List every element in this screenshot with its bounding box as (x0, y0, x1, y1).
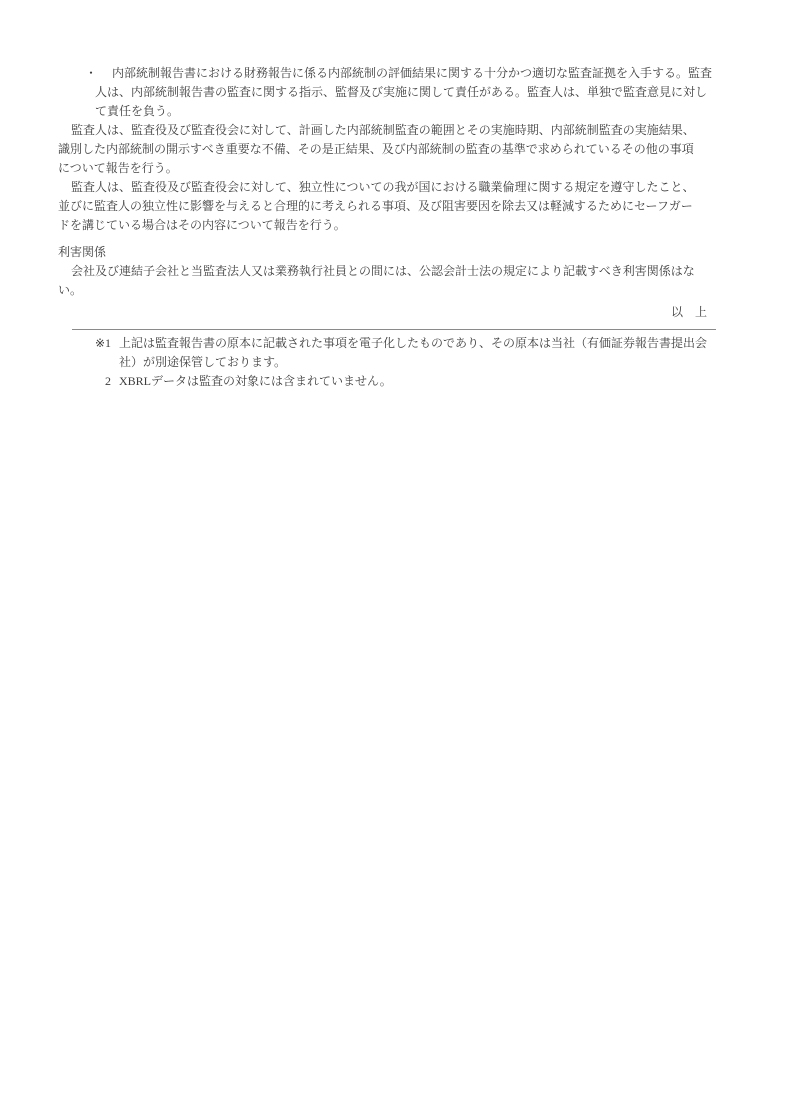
footnote-line: 社）が別途保管しております。 (119, 353, 707, 372)
paragraph-line: 並びに監査人の独立性に影響を与えると合理的に考えられる事項、及び阻害要因を除去又… (58, 197, 716, 216)
closing-ijou-text: 以 上 (58, 303, 716, 322)
footnote-line: XBRLデータは監査の対象には含まれていません。 (119, 372, 392, 391)
paragraph-reporting-to-auditors: 監査人は、監査役及び監査役会に対して、計画した内部統制監査の範囲とその実施時期、… (58, 121, 716, 178)
footnote-original-document: ※1 上記は監査報告書の原本に記載された事項を電子化したものであり、その原本は当… (87, 334, 716, 372)
paragraph-line: 監査人は、監査役及び監査役会に対して、独立性についての我が国における職業倫理に関… (58, 178, 716, 197)
bullet-item-line-3: て責任を負う。 (95, 102, 716, 121)
paragraph-line: 監査人は、監査役及び監査役会に対して、計画した内部統制監査の範囲とその実施時期、… (58, 121, 716, 140)
paragraph-line: 識別した内部統制の開示すべき重要な不備、その是正結果、及び内部統制の監査の基準で… (58, 140, 716, 159)
bullet-icon: ・ (85, 64, 97, 83)
paragraph-line: について報告を行う。 (58, 159, 716, 178)
paragraph-line: 会社及び連結子会社と当監査法人又は業務執行社員との間には、公認会計士法の規定によ… (58, 262, 716, 281)
footnote-line: 上記は監査報告書の原本に記載された事項を電子化したものであり、その原本は当社（有… (119, 334, 707, 353)
bullet-list-item-audit-evidence: ・ 内部統制報告書における財務報告に係る内部統制の評価結果に関する十分かつ適切な… (95, 64, 716, 121)
document-body: ・ 内部統制報告書における財務報告に係る内部統制の評価結果に関する十分かつ適切な… (0, 0, 716, 391)
footnote-marker: ※1 (87, 334, 111, 372)
footnote-divider (72, 329, 716, 330)
section-heading-interest-relations: 利害関係 (58, 243, 716, 262)
footnote-text: XBRLデータは監査の対象には含まれていません。 (119, 372, 392, 391)
bullet-item-line-1: 内部統制報告書における財務報告に係る内部統制の評価結果に関する十分かつ適切な監査… (95, 64, 716, 83)
paragraph-line: ドを講じている場合はその内容について報告を行う。 (58, 216, 716, 235)
paragraph-line: い。 (58, 281, 716, 300)
audit-report-document-page: ・ 内部統制報告書における財務報告に係る内部統制の評価結果に関する十分かつ適切な… (0, 0, 790, 1118)
footnote-marker: 2 (87, 372, 111, 391)
footnote-xbrl: 2 XBRLデータは監査の対象には含まれていません。 (87, 372, 716, 391)
paragraph-independence-statement: 監査人は、監査役及び監査役会に対して、独立性についての我が国における職業倫理に関… (58, 178, 716, 235)
footnote-text: 上記は監査報告書の原本に記載された事項を電子化したものであり、その原本は当社（有… (119, 334, 707, 372)
paragraph-interest-relations: 会社及び連結子会社と当監査法人又は業務執行社員との間には、公認会計士法の規定によ… (58, 262, 716, 300)
bullet-item-line-2: 人は、内部統制報告書の監査に関する指示、監督及び実施に関して責任がある。監査人は… (95, 83, 716, 102)
